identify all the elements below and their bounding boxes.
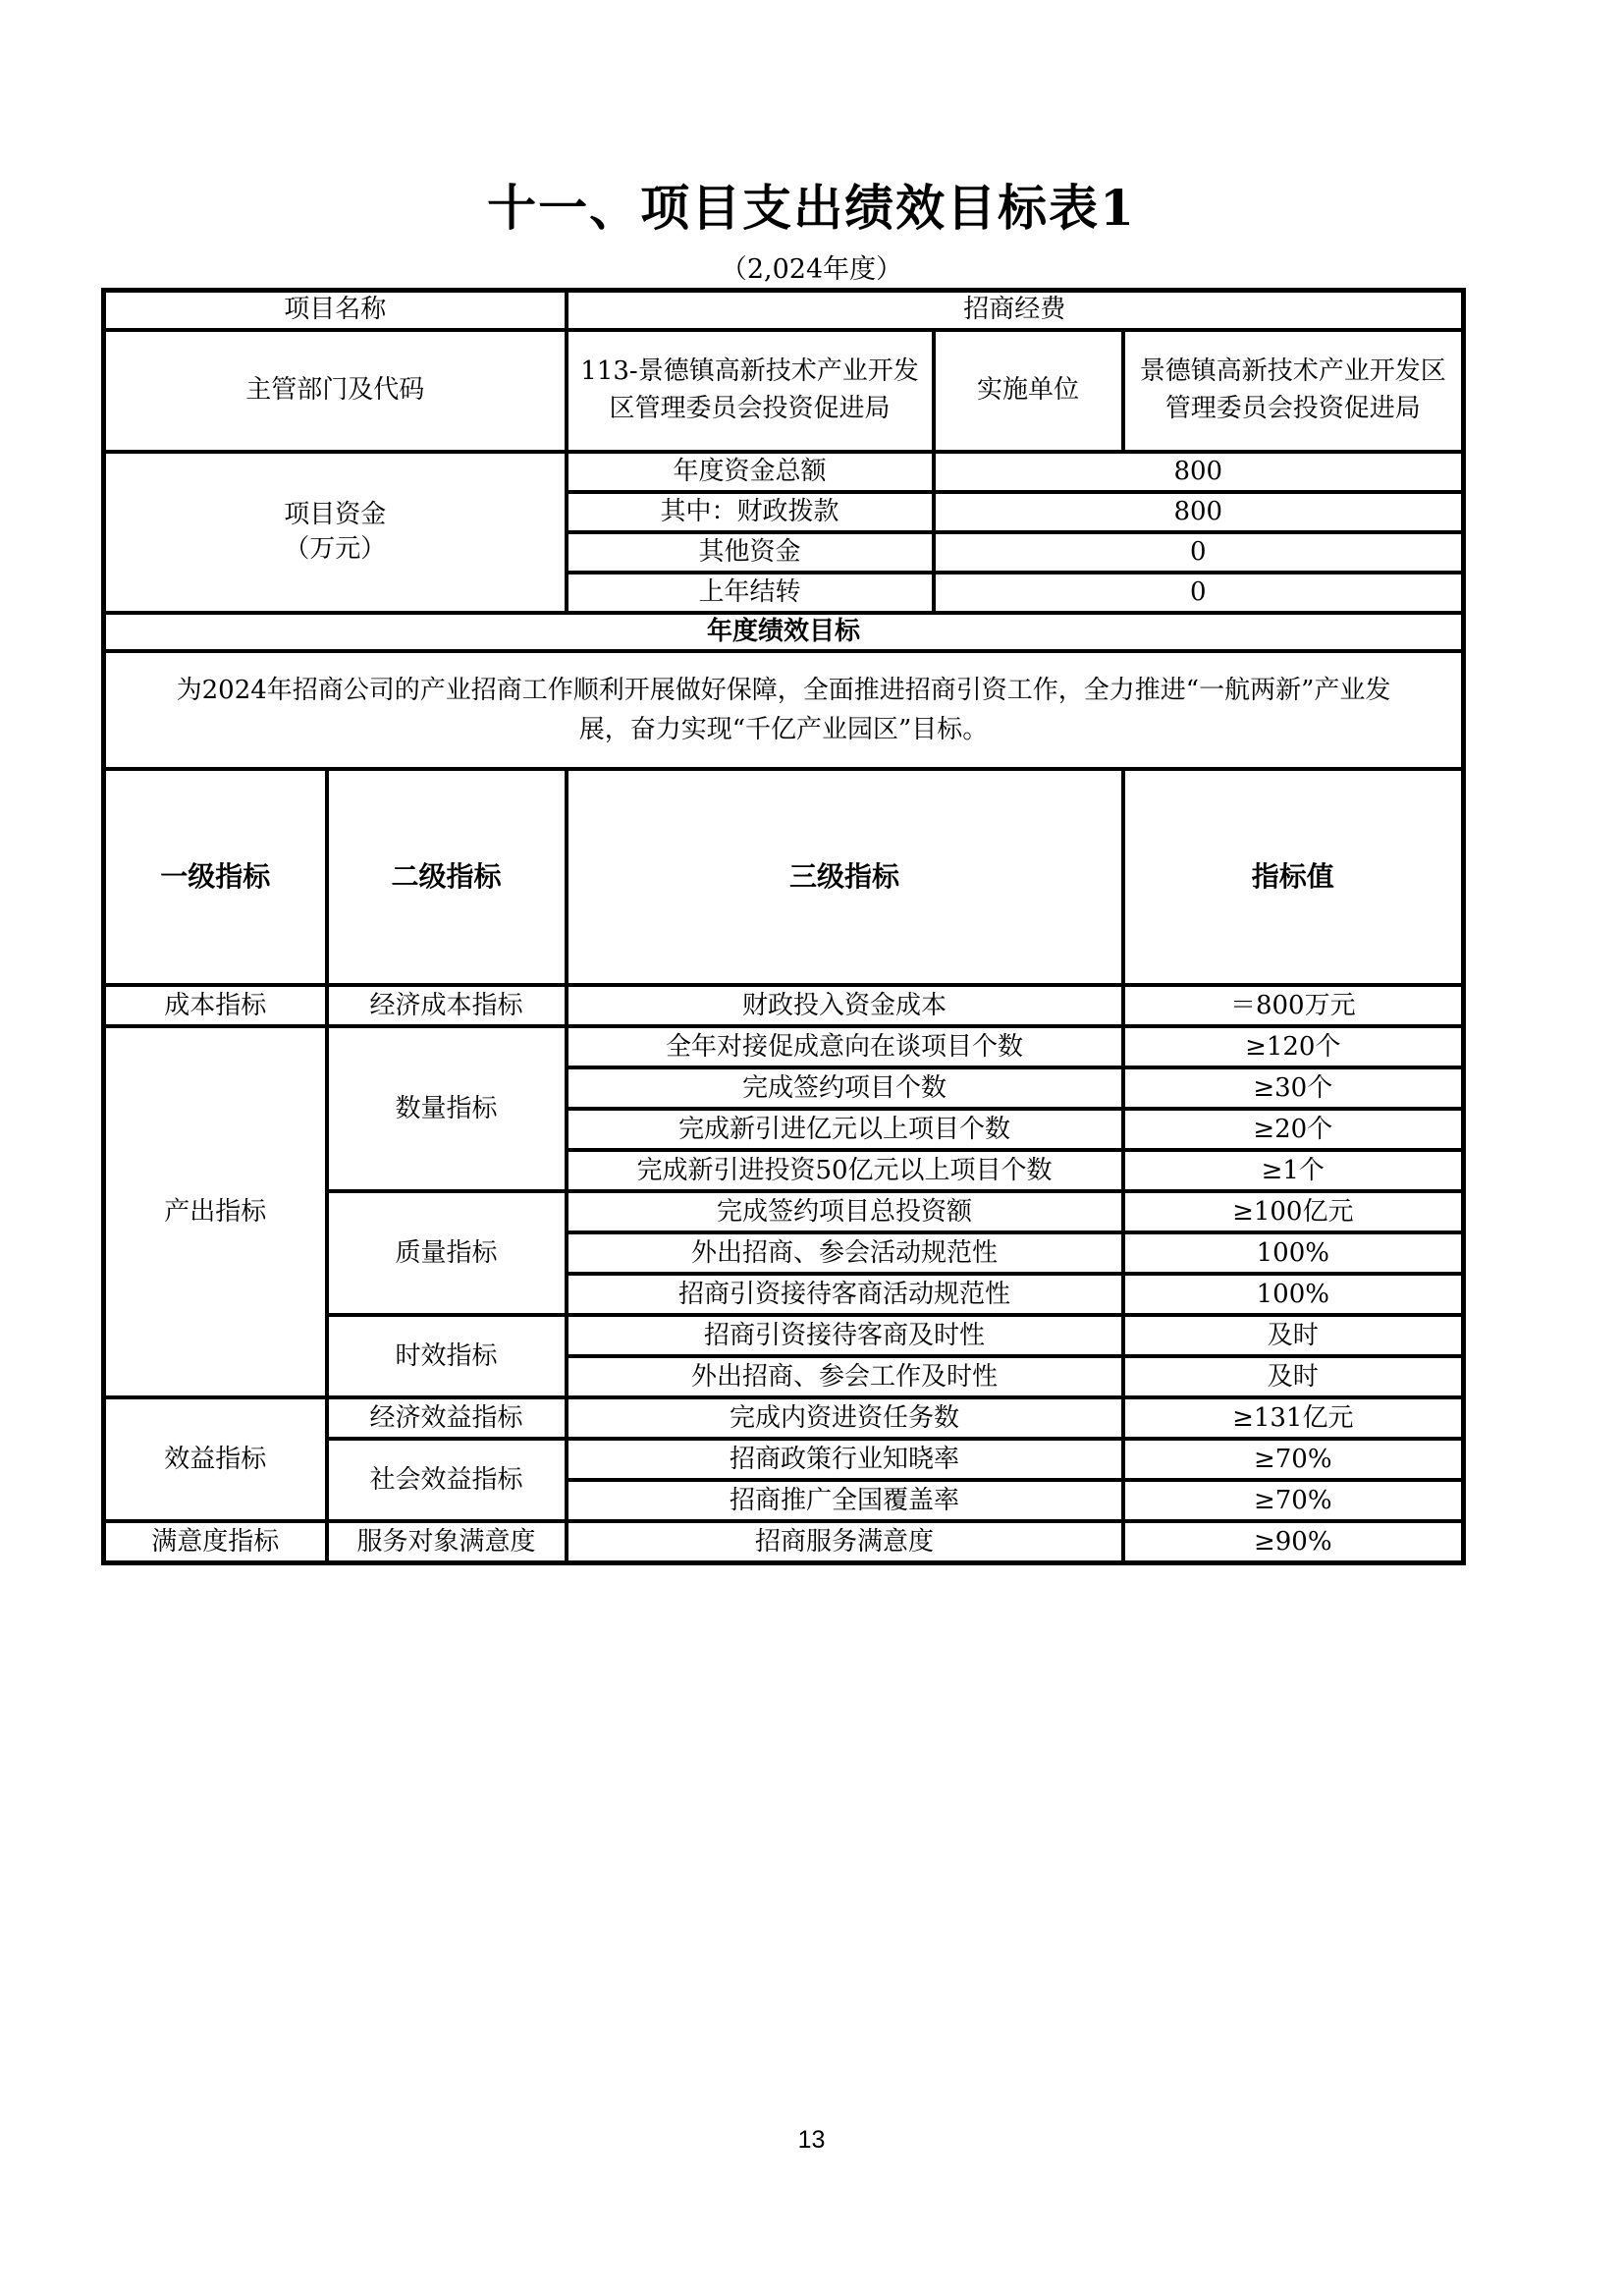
department-label: 主管部门及代码 [104, 330, 567, 452]
annual-goal-text: 为2024年招商公司的产业招商工作顺利开展做好保障，全面推进招商引资工作，全力推… [104, 651, 1464, 769]
annual-goal-header-row: 年度绩效目标 [104, 613, 1464, 651]
indicator-value: ≥20个 [1123, 1109, 1464, 1150]
level3-indicator: 财政投入资金成本 [567, 985, 1123, 1026]
fund-row-total: 项目资金 （万元） 年度资金总额 800 [104, 452, 1464, 492]
level1-satisfaction: 满意度指标 [104, 1521, 327, 1563]
fund-other-value: 0 [934, 532, 1464, 573]
header-level1: 一级指标 [104, 769, 327, 985]
fund-other-label: 其他资金 [567, 532, 934, 573]
level2-quantity: 数量指标 [327, 1026, 567, 1191]
project-funds-label: 项目资金 （万元） [104, 452, 567, 613]
department-value: 113-景德镇高新技术产业开发区管理委员会投资促进局 [567, 330, 934, 452]
level3-indicator: 招商引资接待客商活动规范性 [567, 1274, 1123, 1315]
level3-indicator: 完成签约项目个数 [567, 1067, 1123, 1109]
level3-indicator: 招商政策行业知晓率 [567, 1439, 1123, 1480]
level2-economic-benefit: 经济效益指标 [327, 1397, 567, 1439]
department-row: 主管部门及代码 113-景德镇高新技术产业开发区管理委员会投资促进局 实施单位 … [104, 330, 1464, 452]
implementing-unit-label: 实施单位 [934, 330, 1123, 452]
indicator-header-row: 一级指标 二级指标 三级指标 指标值 [104, 769, 1464, 985]
project-name-label: 项目名称 [104, 291, 567, 331]
fund-total-label: 年度资金总额 [567, 452, 934, 492]
indicator-row: 成本指标 经济成本指标 财政投入资金成本 ＝800万元 [104, 985, 1464, 1026]
level3-indicator: 招商服务满意度 [567, 1521, 1123, 1563]
indicator-value: 及时 [1123, 1315, 1464, 1356]
implementing-unit-value: 景德镇高新技术产业开发区管理委员会投资促进局 [1123, 330, 1464, 452]
level3-indicator: 完成新引进亿元以上项目个数 [567, 1109, 1123, 1150]
indicator-value: ≥30个 [1123, 1067, 1464, 1109]
indicator-row: 满意度指标 服务对象满意度 招商服务满意度 ≥90% [104, 1521, 1464, 1563]
project-name-row: 项目名称 招商经费 [104, 291, 1464, 331]
indicator-value: ≥90% [1123, 1521, 1464, 1563]
indicator-value: ≥70% [1123, 1480, 1464, 1521]
fund-carryover-label: 上年结转 [567, 573, 934, 613]
fund-fiscal-label: 其中：财政拨款 [567, 492, 934, 532]
indicator-value: ＝800万元 [1123, 985, 1464, 1026]
level3-indicator: 完成签约项目总投资额 [567, 1191, 1123, 1232]
performance-target-table: 项目名称 招商经费 主管部门及代码 113-景德镇高新技术产业开发区管理委员会投… [101, 288, 1466, 1565]
level3-indicator: 招商引资接待客商及时性 [567, 1315, 1123, 1356]
page-title: 十一、项目支出绩效目标表1 [0, 169, 1623, 240]
fund-carryover-value: 0 [934, 573, 1464, 613]
header-level2: 二级指标 [327, 769, 567, 985]
level3-indicator: 全年对接促成意向在谈项目个数 [567, 1026, 1123, 1067]
indicator-value: ≥131亿元 [1123, 1397, 1464, 1439]
page-number: 13 [0, 2126, 1623, 2155]
level3-indicator: 外出招商、参会活动规范性 [567, 1232, 1123, 1274]
indicator-row: 效益指标 经济效益指标 完成内资进资任务数 ≥131亿元 [104, 1397, 1464, 1439]
indicator-value: 及时 [1123, 1356, 1464, 1397]
level2-economic-cost: 经济成本指标 [327, 985, 567, 1026]
project-name-value: 招商经费 [567, 291, 1464, 331]
level1-output: 产出指标 [104, 1026, 327, 1397]
level1-benefit: 效益指标 [104, 1397, 327, 1521]
fund-total-value: 800 [934, 452, 1464, 492]
level2-timeliness: 时效指标 [327, 1315, 567, 1397]
level2-service-satisfaction: 服务对象满意度 [327, 1521, 567, 1563]
annual-goal-text-row: 为2024年招商公司的产业招商工作顺利开展做好保障，全面推进招商引资工作，全力推… [104, 651, 1464, 769]
page-subtitle: （2,024年度） [0, 247, 1623, 286]
level2-social-benefit: 社会效益指标 [327, 1439, 567, 1521]
document-page: 十一、项目支出绩效目标表1 （2,024年度） 项目名称 招商经费 主管部门及代… [0, 0, 1623, 2296]
indicator-value: ≥100亿元 [1123, 1191, 1464, 1232]
annual-goal-header: 年度绩效目标 [104, 613, 1464, 651]
header-level3: 三级指标 [567, 769, 1123, 985]
level3-indicator: 完成新引进投资50亿元以上项目个数 [567, 1150, 1123, 1191]
level3-indicator: 完成内资进资任务数 [567, 1397, 1123, 1439]
indicator-value: ≥120个 [1123, 1026, 1464, 1067]
level1-cost: 成本指标 [104, 985, 327, 1026]
fund-fiscal-value: 800 [934, 492, 1464, 532]
indicator-value: ≥1个 [1123, 1150, 1464, 1191]
level3-indicator: 招商推广全国覆盖率 [567, 1480, 1123, 1521]
header-value: 指标值 [1123, 769, 1464, 985]
indicator-value: 100% [1123, 1232, 1464, 1274]
indicator-row: 产出指标 数量指标 全年对接促成意向在谈项目个数 ≥120个 [104, 1026, 1464, 1067]
indicator-value: ≥70% [1123, 1439, 1464, 1480]
indicator-value: 100% [1123, 1274, 1464, 1315]
level2-quality: 质量指标 [327, 1191, 567, 1315]
level3-indicator: 外出招商、参会工作及时性 [567, 1356, 1123, 1397]
